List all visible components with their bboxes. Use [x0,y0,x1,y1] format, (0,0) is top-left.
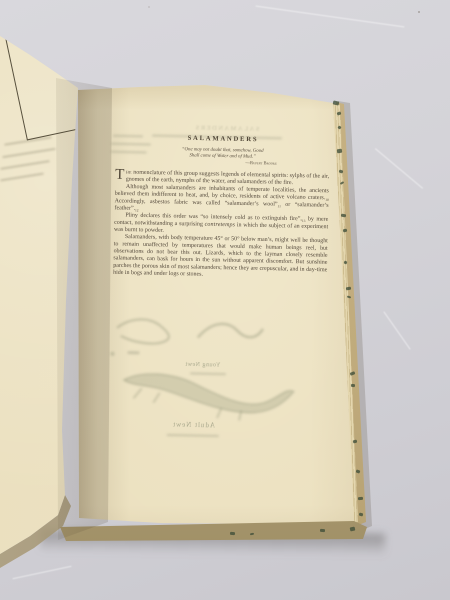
left-page-showthrough-line [0,160,50,170]
right-page-content: SALAMANDERS Young Newt Adult Newt SALAMA… [69,88,360,540]
left-page-showthrough-line [2,148,56,158]
background-scratch [375,148,423,189]
background-scratch [383,311,410,349]
left-page-showthrough-line [0,173,44,182]
cover-pattern-mark [359,513,364,517]
photo-of-open-book: this page reproduces tings and drawings … [0,0,450,600]
caption-line: ampton. Many pic- [11,31,126,64]
background-speck [418,11,420,13]
drop-cap: T [115,168,126,181]
showthrough-caption-young-newt: Young Newt [185,360,220,368]
epigraph: “One may not doubt that, somehow, Good S… [155,146,290,167]
background-scratch [256,6,405,28]
paragraph-text: Salamanders, with body temperature 45° o… [113,233,328,278]
chapter-title: SALAMANDERS [116,133,330,145]
cover-pattern-mark [358,497,363,501]
italic-term: contretemps [205,220,236,228]
showthrough-running-head-text: SALAMANDERS [194,124,259,132]
showthrough-running-head: SALAMANDERS [137,123,317,134]
paragraph: Salamanders, with body temperature 45° o… [113,232,328,280]
paragraph: Although most salamanders are inhabitant… [114,182,329,215]
showthrough-caption-adult-newt: Adult Newt [172,421,215,430]
caption-line: this page reproduces [7,14,125,47]
showthrough-caption-line [127,351,139,354]
background-scratch [13,566,72,579]
page-text-block: SALAMANDERS “One may not doubt that, som… [113,133,330,280]
caption-line: tings and drawings [9,22,128,55]
background-speck [148,6,150,8]
